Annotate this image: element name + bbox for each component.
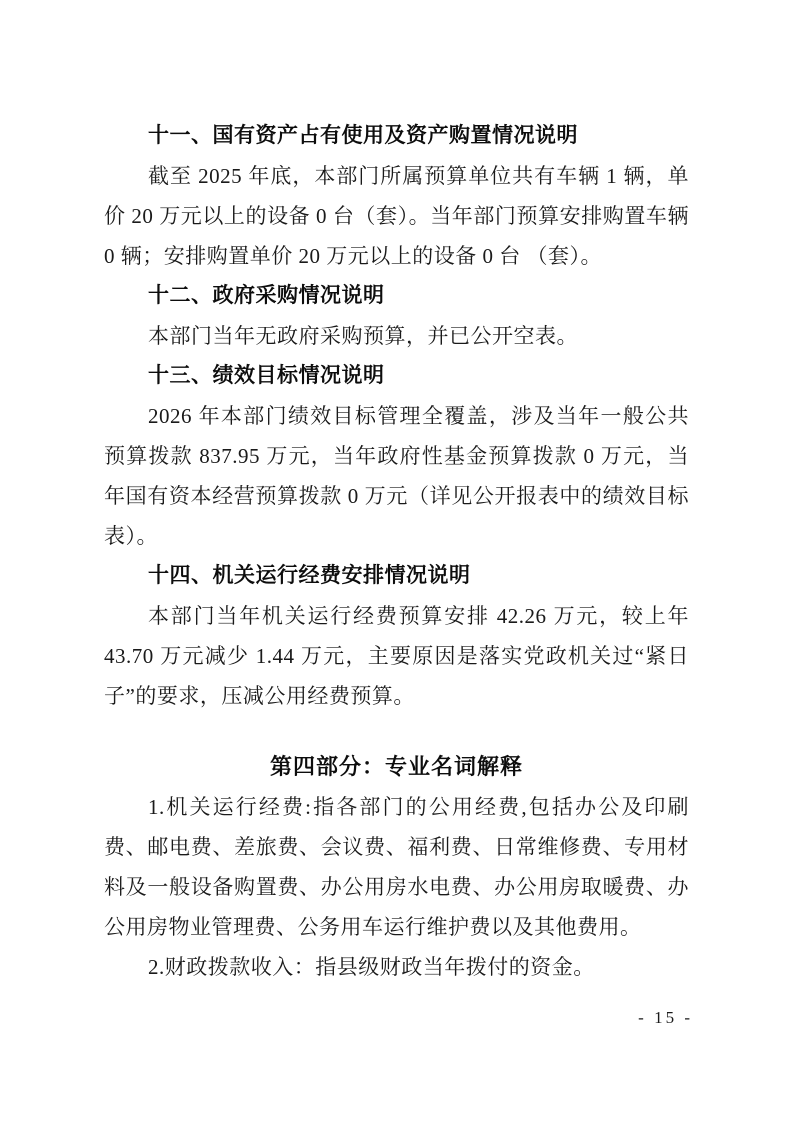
document-content: 十一、国有资产占有使用及资产购置情况说明 截至 2025 年底，本部门所属预算单…	[104, 116, 689, 987]
section-performance-targets: 十三、绩效目标情况说明 2026 年本部门绩效目标管理全覆盖，涉及当年一般公共预…	[104, 356, 689, 556]
glossary-term-fiscal-appropriation-income: 2.财政拨款收入：指县级财政当年拨付的资金。	[104, 947, 689, 987]
section-state-assets: 十一、国有资产占有使用及资产购置情况说明 截至 2025 年底，本部门所属预算单…	[104, 116, 689, 276]
section-performance-targets-heading: 十三、绩效目标情况说明	[104, 356, 689, 396]
section-government-procurement-paragraph: 本部门当年无政府采购预算，并已公开空表。	[104, 316, 689, 356]
document-page: 十一、国有资产占有使用及资产购置情况说明 截至 2025 年底，本部门所属预算单…	[0, 0, 793, 1122]
section-performance-targets-paragraph: 2026 年本部门绩效目标管理全覆盖，涉及当年一般公共预算拨款 837.95 万…	[104, 396, 689, 556]
section-state-assets-paragraph: 截至 2025 年底，本部门所属预算单位共有车辆 1 辆，单价 20 万元以上的…	[104, 156, 689, 276]
section-operating-expenses-heading: 十四、机关运行经费安排情况说明	[104, 556, 689, 596]
section-operating-expenses: 十四、机关运行经费安排情况说明 本部门当年机关运行经费预算安排 42.26 万元…	[104, 556, 689, 716]
section-government-procurement: 十二、政府采购情况说明 本部门当年无政府采购预算，并已公开空表。	[104, 276, 689, 356]
part4-glossary: 第四部分：专业名词解释 1.机关运行经费:指各部门的公用经费,包括办公及印刷费、…	[104, 747, 689, 987]
section-government-procurement-heading: 十二、政府采购情况说明	[104, 276, 689, 316]
section-operating-expenses-paragraph: 本部门当年机关运行经费预算安排 42.26 万元，较上年 43.70 万元减少 …	[104, 596, 689, 716]
section-state-assets-heading: 十一、国有资产占有使用及资产购置情况说明	[104, 116, 689, 156]
glossary-term-operating-expenses: 1.机关运行经费:指各部门的公用经费,包括办公及印刷费、邮电费、差旅费、会议费、…	[104, 787, 689, 947]
page-number: - 15 -	[638, 999, 693, 1037]
part4-title: 第四部分：专业名词解释	[104, 747, 689, 787]
